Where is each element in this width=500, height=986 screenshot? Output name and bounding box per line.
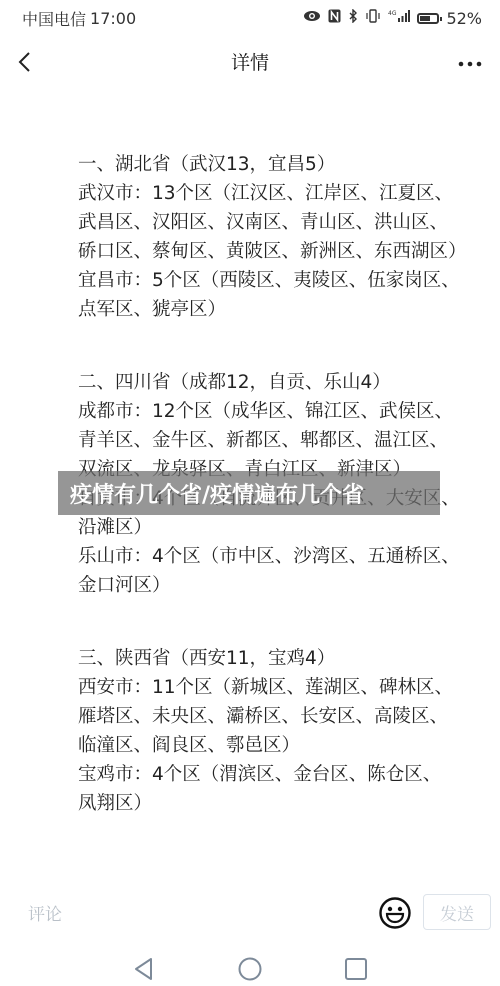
text-line: 成都市：12个区（成华区、锦江区、武侯区、 xyxy=(78,397,488,426)
system-recents-button[interactable] xyxy=(343,956,369,982)
system-home-button[interactable] xyxy=(237,956,263,982)
comment-bar: 评论 发送 xyxy=(0,890,500,936)
more-dots-icon xyxy=(458,61,482,67)
section-heading: 一、湖北省（武汉13，宜昌5） xyxy=(78,150,488,179)
system-nav-bar xyxy=(0,952,500,986)
circle-home-icon xyxy=(237,956,263,982)
4g-signal-icon: 4G xyxy=(388,9,410,27)
send-button[interactable]: 发送 xyxy=(423,894,491,930)
battery-icon xyxy=(417,13,439,24)
carrier-label: 中国电信 xyxy=(22,7,86,30)
page-title: 详情 xyxy=(231,48,269,75)
text-line: 临潼区、阎良区、鄠邑区） xyxy=(78,731,488,760)
bluetooth-icon xyxy=(348,9,358,27)
status-bar: 中国电信 17:00 4G 52% xyxy=(0,0,500,36)
comment-input[interactable]: 评论 xyxy=(28,900,62,925)
system-back-button[interactable] xyxy=(131,956,157,982)
text-line: 青羊区、金牛区、新都区、郫都区、温江区、 xyxy=(78,426,488,455)
square-recents-icon xyxy=(343,956,369,982)
battery-percent: 52% xyxy=(446,9,482,28)
text-line: 武昌区、汉阳区、汉南区、青山区、洪山区、 xyxy=(78,208,488,237)
section-hubei: 一、湖北省（武汉13，宜昌5） 武汉市：13个区（江汉区、江岸区、江夏区、 武昌… xyxy=(78,150,488,324)
status-left: 中国电信 17:00 xyxy=(22,7,136,30)
clock: 17:00 xyxy=(90,9,136,28)
text-line: 雁塔区、未央区、灞桥区、长安区、高陵区、 xyxy=(78,702,488,731)
text-line: 宜昌市：5个区（西陵区、夷陵区、伍家岗区、 xyxy=(78,266,488,295)
text-line: 宝鸡市：4个区（渭滨区、金台区、陈仓区、 xyxy=(78,760,488,789)
text-line: 凤翔区） xyxy=(78,789,488,818)
chevron-left-icon xyxy=(12,44,42,78)
text-line: 乐山市：4个区（市中区、沙湾区、五通桥区、 xyxy=(78,542,488,571)
emoji-button[interactable] xyxy=(378,896,412,930)
eye-icon xyxy=(303,10,321,26)
text-line: 沿滩区） xyxy=(78,513,488,542)
svg-text:4G: 4G xyxy=(388,10,397,17)
top-nav-bar: 详情 xyxy=(0,36,500,86)
section-heading: 二、四川省（成都12，自贡、乐山4） xyxy=(78,368,488,397)
section-shaanxi: 三、陕西省（西安11，宝鸡4） 西安市：11个区（新城区、莲湖区、碑林区、 雁塔… xyxy=(78,644,488,818)
more-options-button[interactable] xyxy=(458,50,482,70)
text-line: 点军区、猇亭区） xyxy=(78,295,488,324)
text-line: 硚口区、蔡甸区、黄陂区、新洲区、东西湖区） xyxy=(78,237,488,266)
text-line: 武汉市：13个区（江汉区、江岸区、江夏区、 xyxy=(78,179,488,208)
triangle-back-icon xyxy=(131,956,157,982)
vibrate-icon xyxy=(365,9,381,27)
back-button[interactable] xyxy=(12,44,42,78)
text-line: 金口河区） xyxy=(78,571,488,600)
nfc-icon xyxy=(328,9,341,27)
status-right: 4G 52% xyxy=(303,9,482,28)
section-heading: 三、陕西省（西安11，宝鸡4） xyxy=(78,644,488,673)
text-line: 西安市：11个区（新城区、莲湖区、碑林区、 xyxy=(78,673,488,702)
smiley-icon xyxy=(378,896,412,930)
overlay-title-banner: 疫情有几个省/疫情遍布几个省 xyxy=(58,471,440,515)
